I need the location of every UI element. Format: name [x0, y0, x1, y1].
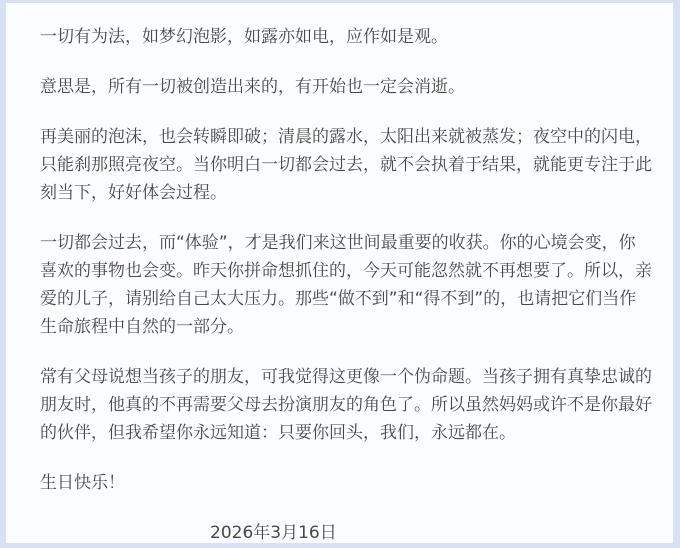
letter-closing: 生日快乐！	[40, 469, 652, 497]
letter-paragraph-1: 一切有为法，如梦幻泡影，如露亦如电，应作如是观。	[40, 23, 652, 51]
letter-paragraph-5: 常有父母说想当孩子的朋友，可我觉得这更像一个伪命题。当孩子拥有真挚忠诚的朋友时，…	[40, 363, 652, 447]
letter-paragraph-4: 一切都会过去，而“体验”，才是我们来这世间最重要的收获。你的心境会变，你喜欢的事…	[40, 229, 652, 341]
letter-paragraph-2: 意思是，所有一切被创造出来的，有开始也一定会消逝。	[40, 73, 652, 101]
letter-paragraph-3: 再美丽的泡沫，也会转瞬即破；清晨的露水，太阳出来就被蒸发；夜空中的闪电，只能刹那…	[40, 123, 652, 207]
letter-page: 一切有为法，如梦幻泡影，如露亦如电，应作如是观。 意思是，所有一切被创造出来的，…	[6, 3, 673, 543]
letter-date: 2026年3月16日	[210, 519, 680, 547]
